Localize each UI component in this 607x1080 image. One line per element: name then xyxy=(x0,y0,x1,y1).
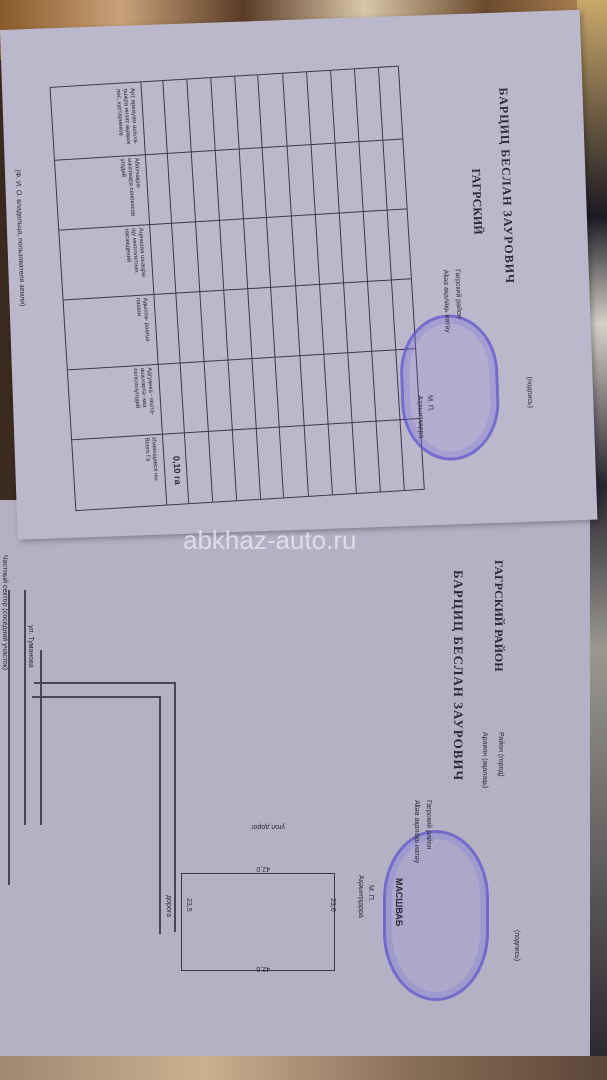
road-label: дорога xyxy=(165,895,172,917)
document-page-top: (Ф. И. О. владельца, пользователя земли)… xyxy=(0,10,597,540)
owner-caption: (Ф. И. О. владельца, пользователя земли) xyxy=(14,169,26,306)
stamp-line: М. П. xyxy=(426,395,434,412)
district-name: ГАГРСКИЙ xyxy=(468,168,485,235)
plan-line xyxy=(34,682,174,684)
plan-line xyxy=(40,650,42,825)
signature-label: (подпись) xyxy=(525,377,533,408)
table-header: Адыхәа- рәаԥш пашни xyxy=(134,297,152,358)
table-header: Ацәашәа шьацра- щу многолетних насаждени… xyxy=(122,227,147,288)
plan-line xyxy=(174,682,176,932)
district-label-abkh: Араион (ақалақь) xyxy=(481,732,488,788)
plot-dim-top: 42,0 xyxy=(256,865,270,872)
land-table: Имеющиеся ны Всего Га Адгуанка - мшта- а… xyxy=(50,66,425,512)
document-page-bottom: 42,0 42,0 23,5 23,6 дорога ул. Туманова … xyxy=(0,500,590,1060)
stamp-line: М. П. xyxy=(367,885,374,902)
stamp-line: Аҟәа ақалақь иатәу xyxy=(442,269,451,332)
sector-label: Частный сектор (соседний участок) xyxy=(1,555,8,670)
district-label-ru: Район (город) xyxy=(497,732,504,777)
owner-name: БАРЦИЦ БЕСЛАН ЗАУРОВИЧ xyxy=(450,570,466,781)
table-header: Имеющиеся ны Всего Га xyxy=(142,437,160,498)
background-bottom xyxy=(0,1056,607,1080)
plan-line xyxy=(8,590,10,885)
stamp-line: Аҳәынҭқарра xyxy=(357,875,364,918)
orientation-label: угол дорог xyxy=(251,823,285,830)
plan-line xyxy=(159,696,161,934)
stamp-line: Гагрский район xyxy=(454,269,463,319)
stamp-line: Аҟәа ақалақь иатәу xyxy=(413,800,420,863)
street-label: ул. Туманова xyxy=(27,625,34,668)
signature-label: (подпись) xyxy=(513,930,520,961)
stamp-line: Аҳәынҭқарра xyxy=(416,395,424,438)
plan-line xyxy=(24,590,26,825)
table-header: Абахчақәа- ыжәҭәара сенокосов угодий xyxy=(118,158,143,219)
plot-dim-left: 23,5 xyxy=(185,898,192,912)
total-area-cell: 0,10 га xyxy=(171,456,183,485)
plot-dim-right: 23,6 xyxy=(329,898,336,912)
table-header: Арҭ иреиуам ашьха- ҭыжра инзаҭ ақәҩык ле… xyxy=(114,88,139,149)
official-stamp xyxy=(398,313,501,462)
watermark: abkhaz-auto.ru xyxy=(183,525,356,556)
plan-line xyxy=(32,696,160,698)
owner-name: БАРЦИЦ БЕСЛАН ЗАУРОВИЧ xyxy=(495,87,517,284)
plot-outline xyxy=(181,873,335,971)
table-header: Адгуанка - мшта- ашьхартә- ква сельхозуг… xyxy=(131,367,156,428)
stamp-line: МАСШВАБ xyxy=(394,878,404,926)
plot-dim-bottom: 42,0 xyxy=(256,965,270,972)
stamp-line: Гагрский район xyxy=(425,800,432,850)
district-name: ГАГРСКИЙ РАЙОН xyxy=(491,560,506,672)
